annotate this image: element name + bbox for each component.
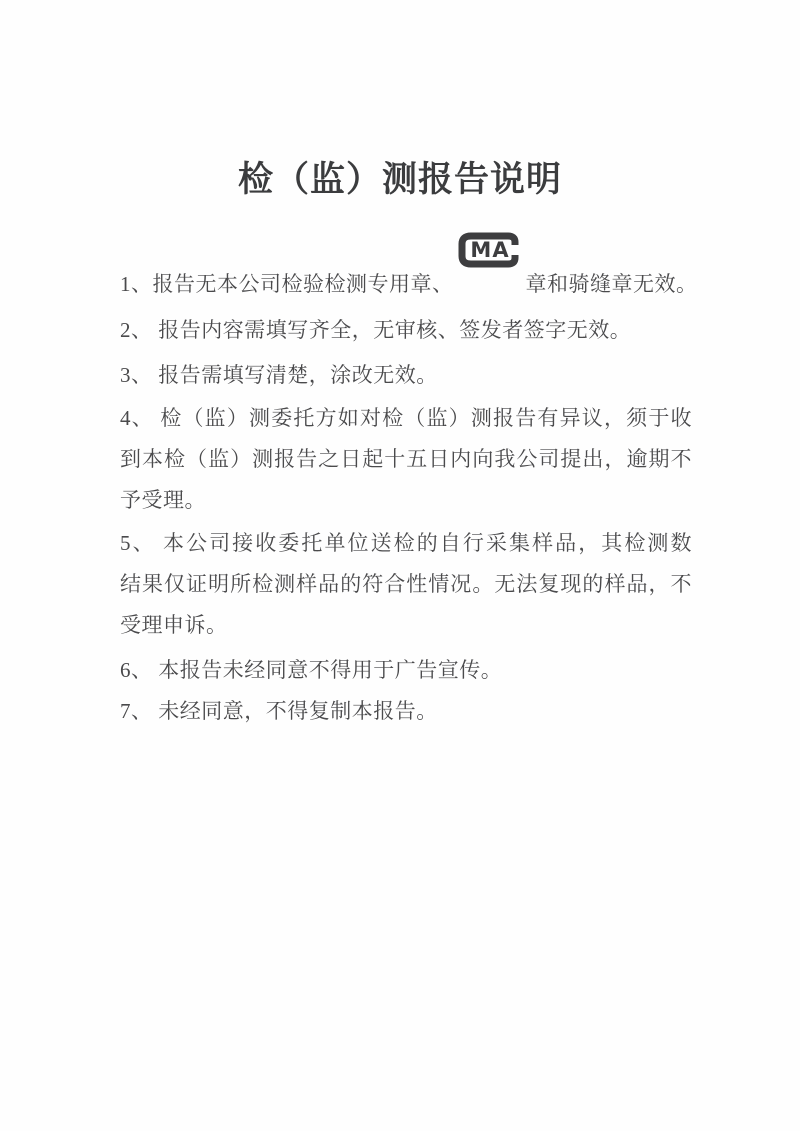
- item-7: 7、 未经同意，不得复制本报告。: [120, 691, 692, 732]
- item-5-line-3: 受理申诉。: [120, 605, 692, 646]
- document-body: 1、报告无本公司检验检测专用章、 MA 章和骑缝章无效。 2、 报告内容需填写齐…: [120, 264, 692, 732]
- item-5-line-1: 5、 本公司接收委托单位送检的自行采集样品，其检测数据、: [120, 523, 692, 564]
- item-1: 1、报告无本公司检验检测专用章、 MA 章和骑缝章无效。: [120, 264, 692, 305]
- item-1-text-after-stamp: 章和骑缝章无效。: [526, 272, 698, 296]
- item-4-line-2: 到本检（监）测报告之日起十五日内向我公司提出，逾期不: [120, 439, 692, 480]
- item-3: 3、 报告需填写清楚，涂改无效。: [120, 355, 692, 396]
- cma-stamp-letters: MA: [470, 238, 509, 262]
- cma-stamp-icon: MA: [454, 290, 526, 291]
- item-2: 2、 报告内容需填写齐全，无审核、签发者签字无效。: [120, 310, 692, 351]
- item-5-line-2: 结果仅证明所检测样品的符合性情况。无法复现的样品，不: [120, 564, 692, 605]
- item-4-line-1: 4、 检（监）测委托方如对检（监）测报告有异议，须于收: [120, 398, 692, 439]
- item-6: 6、 本报告未经同意不得用于广告宣传。: [120, 650, 692, 691]
- page-title: 检（监）测报告说明: [0, 158, 800, 202]
- item-4-line-3: 予受理。: [120, 480, 692, 521]
- item-1-text-before-stamp: 1、报告无本公司检验检测专用章、: [120, 272, 454, 296]
- scanned-document-page: 检（监）测报告说明 1、报告无本公司检验检测专用章、 MA 章和骑缝章无效。 2…: [0, 0, 800, 1131]
